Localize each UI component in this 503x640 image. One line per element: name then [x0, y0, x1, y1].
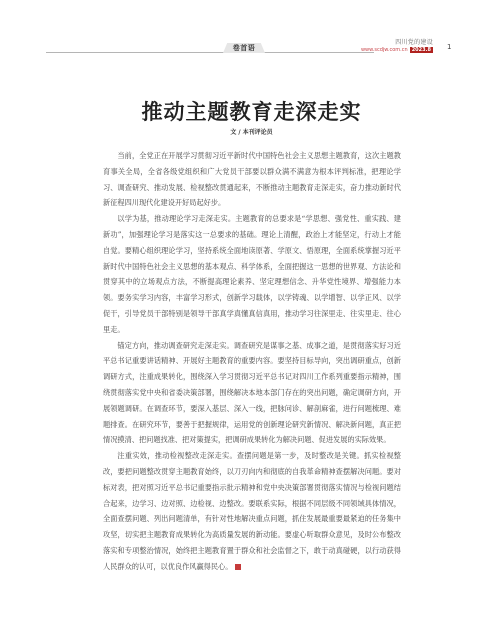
paragraph-theory-study: 以学为基，推动理论学习走深走实。主题教育的总要求是“学思想、强党性、重实践、建新… — [103, 211, 401, 337]
article-title: 推动主题教育走深走实 — [0, 96, 503, 126]
article-byline: 文 / 本刊评论员 — [0, 127, 503, 136]
paragraph-investigation: 锚定方向，推动调查研究走深走实。调查研究是谋事之基、成事之道，是贯彻落实好习近平… — [103, 338, 401, 449]
page-header: 卷首语 四川党的建设 www.scdjw.com.cn 2023.8 1 — [0, 0, 503, 60]
section-tab-label: 卷首语 — [233, 43, 256, 53]
magazine-info: 四川党的建设 www.scdjw.com.cn 2023.8 — [361, 37, 433, 53]
end-mark-icon — [235, 564, 241, 570]
article-body: 当前，全党正在开展学习贯彻习近平新时代中国特色社会主义思想主题教育，这次主题教育… — [103, 148, 401, 575]
page-number: 1 — [447, 43, 451, 51]
paragraph-intro: 当前，全党正在开展学习贯彻习近平新时代中国特色社会主义思想主题教育，这次主题教育… — [103, 148, 401, 211]
magazine-url-row: www.scdjw.com.cn 2023.8 — [361, 47, 433, 53]
section-tab: 卷首语 — [223, 43, 265, 53]
paragraph-rectification-text: 注重实效，推动检视整改走深走实。查摆问题是第一步，及时整改是关键。抓实检视整改，… — [103, 451, 401, 571]
paragraph-rectification: 注重实效，推动检视整改走深走实。查摆问题是第一步，及时整改是关键。抓实检视整改，… — [103, 448, 401, 574]
magazine-url: www.scdjw.com.cn — [361, 47, 408, 53]
magazine-name: 四川党的建设 — [361, 37, 433, 46]
issue-badge: 2023.8 — [410, 47, 433, 53]
header-divider — [46, 52, 374, 53]
